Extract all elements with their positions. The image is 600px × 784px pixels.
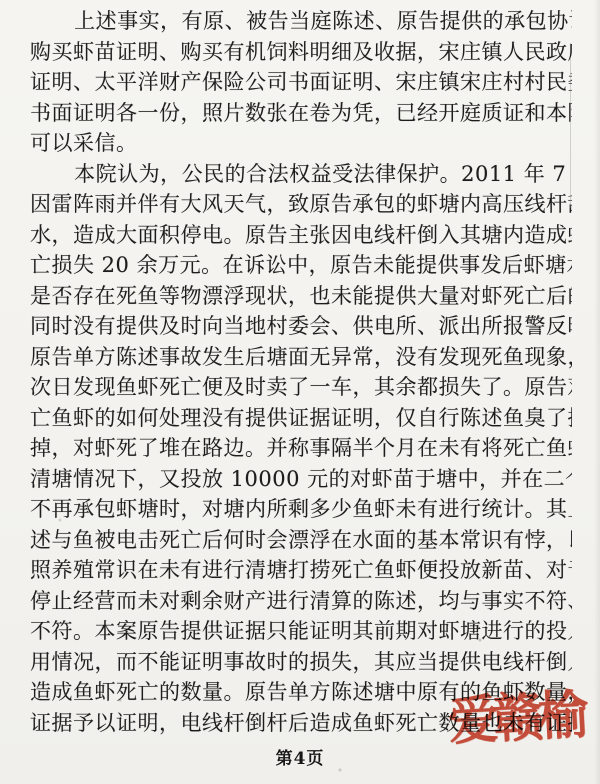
scan-edge-shading [594,0,600,784]
text-line: 不再承包虾塘时，对塘内所剩多少鱼虾未有进行统计。其上述陈 [30,494,572,525]
text-line: 购买虾苗证明、购买有机饲料明细及收据，宋庄镇人民政府书面 [30,37,572,68]
text-line: 照养殖常识在未有进行清塘打捞死亡鱼虾便投放新苗、对于最终 [30,555,572,586]
text-line: 证据予以证明，电线杆倒杆后造成鱼虾死亡数量也未有证据证明。 [30,708,572,739]
page-number: 第4页 [0,744,600,769]
text-line: 水，造成大面积停电。原告主张因电线杆倒入其塘内造成虾鱼死 [30,220,572,251]
text-line: 用情况，而不能证明事故时的损失，其应当提供电线杆倒入水中 [30,647,572,678]
text-line: 因雷阵雨并伴有大风天气，致原告承包的虾塘内高压线杆刮倒入 [30,189,572,220]
document-body: 上述事实，有原、被告当庭陈述、原告提供的承包协议书、 购买虾苗证明、购买有机饲料… [30,6,572,738]
text-line: 原告单方陈述事故发生后塘面无异常，没有发现死鱼现象，而在 [30,342,572,373]
paragraph-evidence-summary: 上述事实，有原、被告当庭陈述、原告提供的承包协议书、 购买虾苗证明、购买有机饲料… [30,6,572,159]
text-line: 是否存在死鱼等物漂浮现状，也未能提供大量对虾死亡后的现状， [30,281,572,312]
paragraph-court-opinion: 本院认为，公民的合法权益受法律保护。2011 年 7 月 25 日 因雷阵雨并伴… [30,159,572,739]
scan-artifact-line [570,58,571,208]
text-line: 可以采信。 [30,128,572,159]
text-line: 同时没有提供及时向当地村委会、供电所、派出所报警反映情况。 [30,311,572,342]
text-line: 停止经营而未对剩余财产进行清算的陈述，均与事实不符、常理 [30,586,572,617]
text-line: 本院认为，公民的合法权益受法律保护。2011 年 7 月 25 日 [30,159,572,190]
text-line: 证明、太平洋财产保险公司书面证明、宋庄镇宋庄村村民委员会 [30,67,572,98]
text-line: 掉，对虾死了堆在路边。并称事隔半个月在未有将死亡鱼虾打捞 [30,433,572,464]
text-line: 造成鱼虾死亡的数量。原告单方陈述塘中原有的鱼虾数量，没有 [30,677,572,708]
text-line: 不符。本案原告提供证据只能证明其前期对虾塘进行的投入和使 [30,616,572,647]
text-line: 书面证明各一份，照片数张在卷为凭，已经开庭质证和本院审查， [30,98,572,129]
text-line: 述与鱼被电击死亡后何时会漂浮在水面的基本常识有悖，以及按 [30,525,572,556]
text-line: 清塘情况下，又投放 10000 元的对虾苗于塘中，并在二个月后其 [30,464,572,495]
text-line: 亡鱼虾的如何处理没有提供证据证明，仅自行陈述鱼臭了挖坑埋 [30,403,572,434]
text-line: 上述事实，有原、被告当庭陈述、原告提供的承包协议书、 [30,6,572,37]
document-page: 上述事实，有原、被告当庭陈述、原告提供的承包协议书、 购买虾苗证明、购买有机饲料… [0,0,600,784]
text-line: 亡损失 20 余万元。在诉讼中，原告未能提供事发后虾塘水面情况， [30,250,572,281]
text-line: 次日发现鱼虾死亡便及时卖了一车，其余都损失了。原告对于死 [30,372,572,403]
